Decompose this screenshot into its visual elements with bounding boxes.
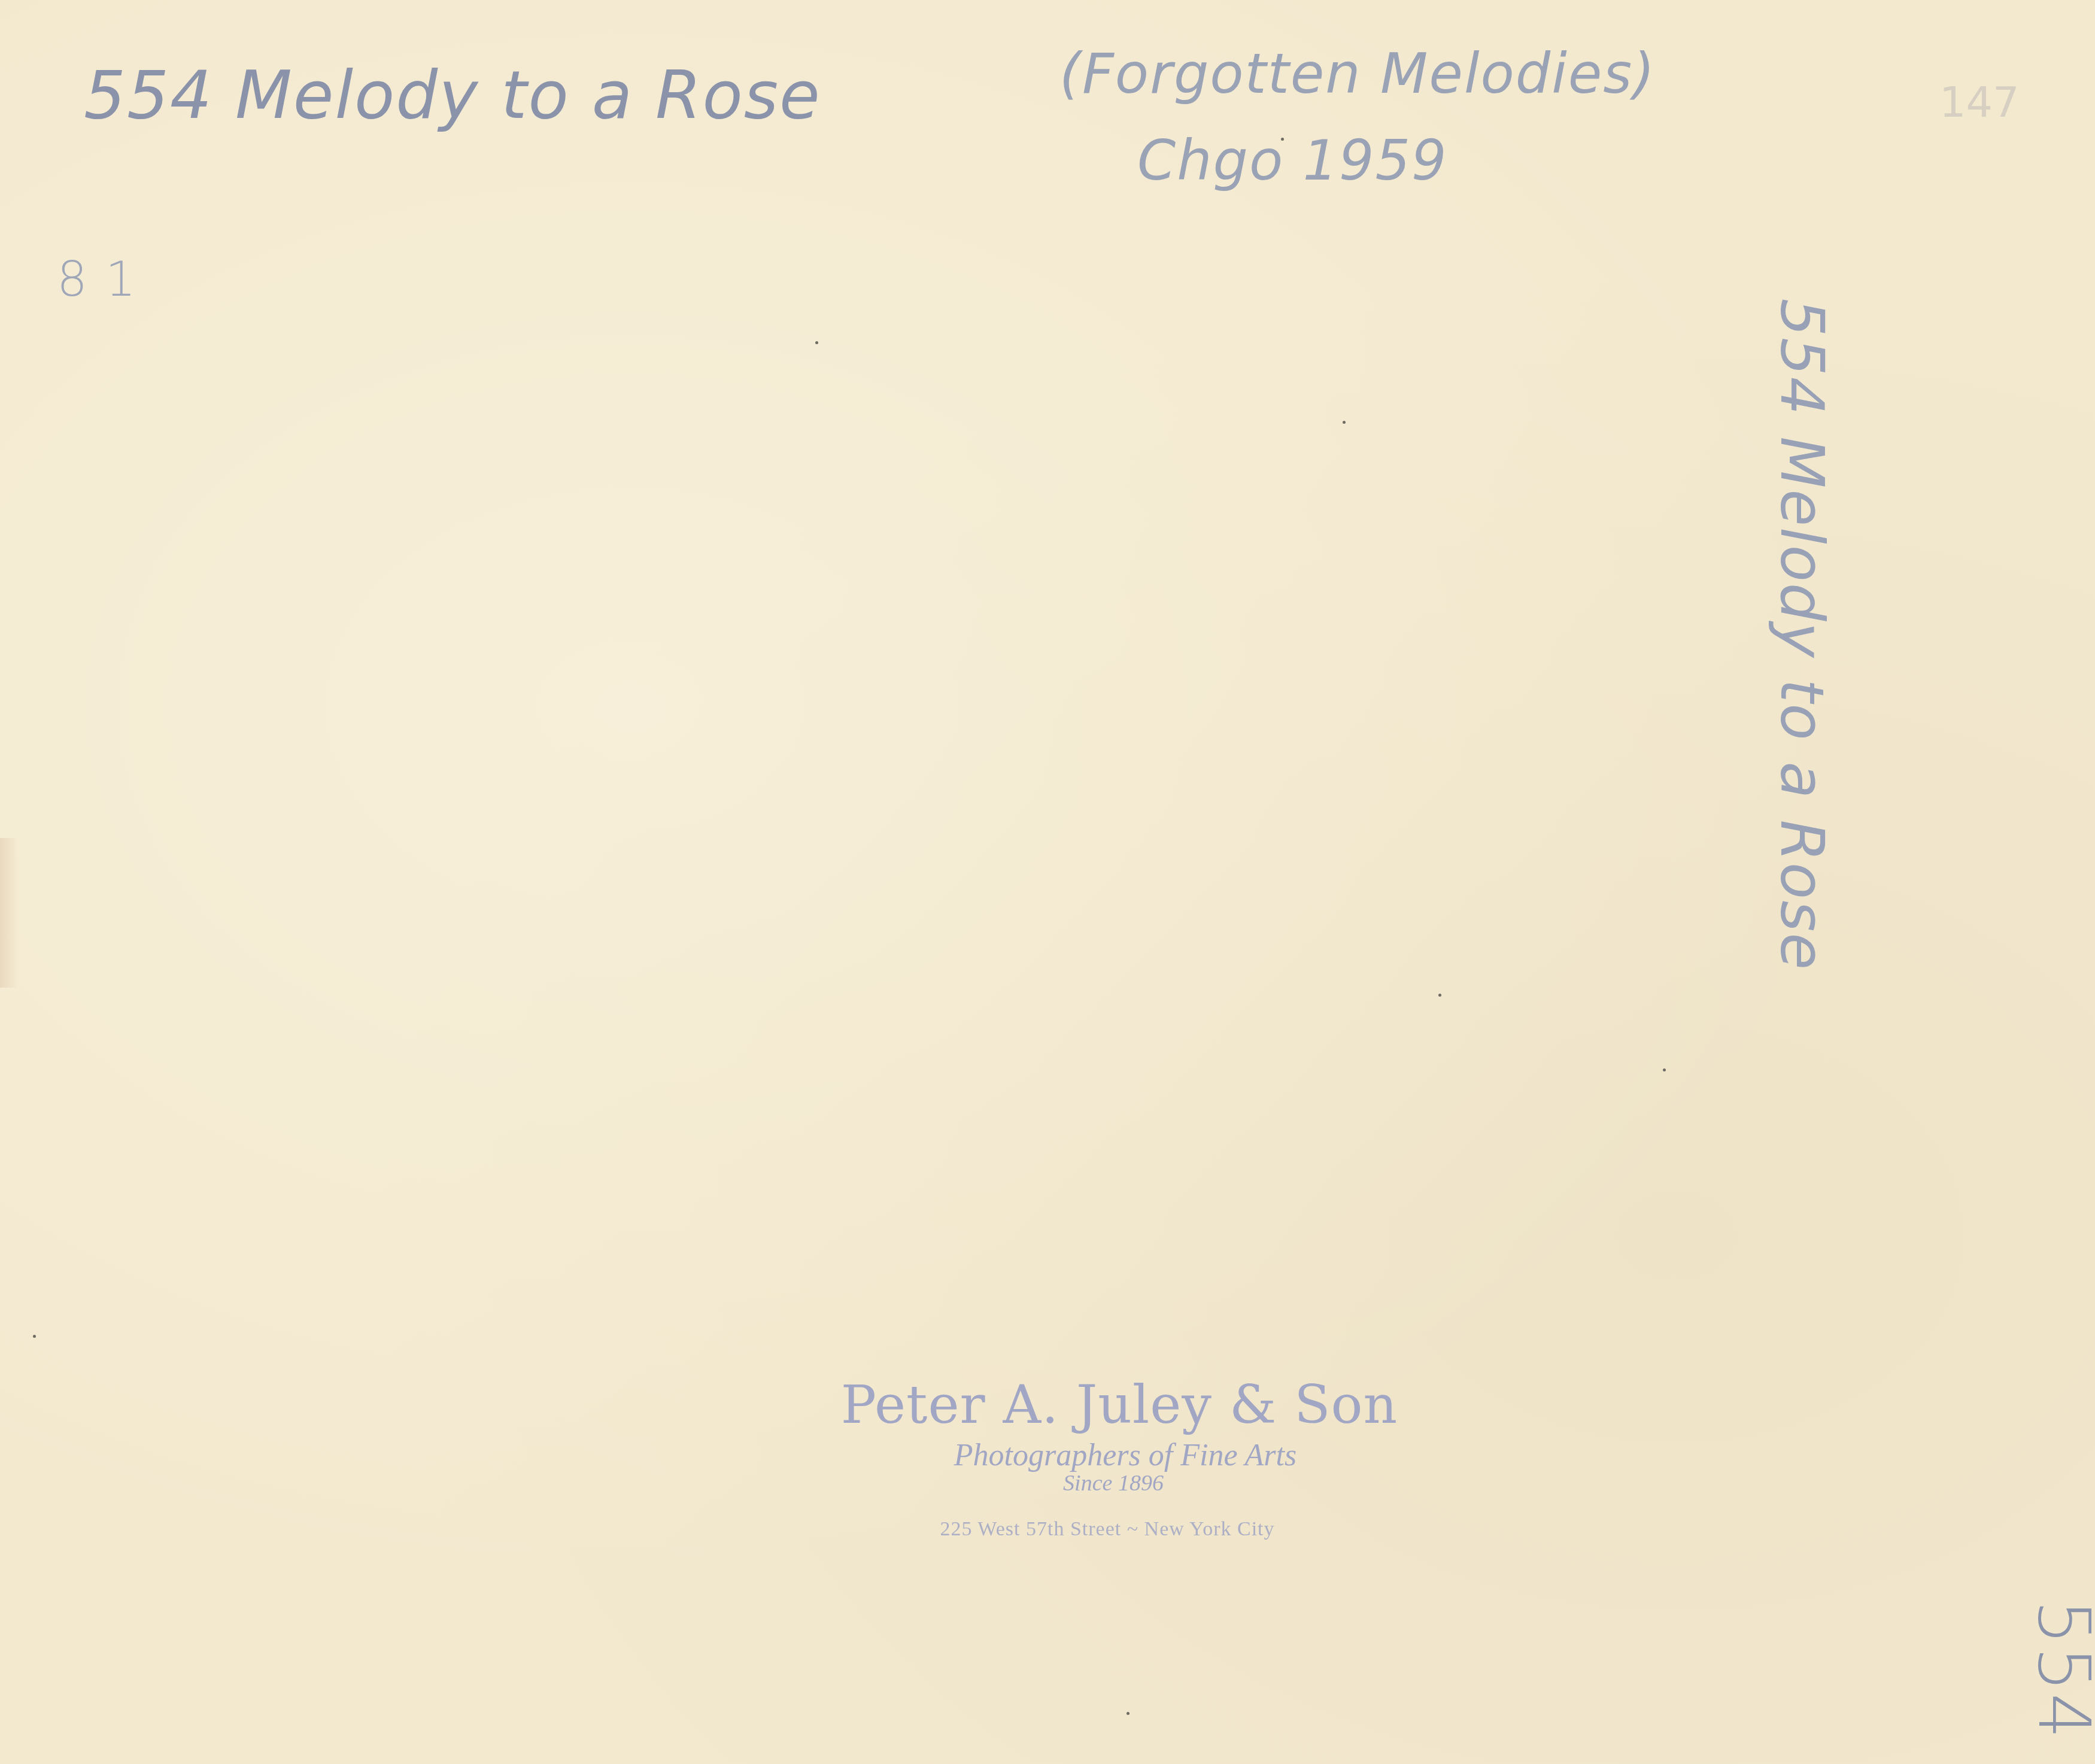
series-annotation: (Forgotten Melodies) bbox=[1059, 42, 1656, 106]
studio-name: Peter A. Juley & Son bbox=[814, 1374, 1425, 1435]
paper-speck bbox=[1438, 994, 1441, 997]
title-annotation: 554 Melody to a Rose bbox=[84, 57, 821, 133]
studio-address: 225 West 57th Street ~ New York City bbox=[790, 1518, 1425, 1541]
studio-stamp: Peter A. Juley & Son Photographers of Fi… bbox=[826, 1374, 1425, 1541]
studio-since: Since 1896 bbox=[802, 1471, 1425, 1495]
paper-speck bbox=[33, 1335, 36, 1338]
place-date-annotation: Chgo 1959 bbox=[1137, 129, 1448, 193]
catalog-number: 81 bbox=[57, 251, 154, 307]
vertical-margin-annotation: 554 Melody to a Rose bbox=[1767, 299, 1837, 1137]
paper-speck bbox=[1127, 1712, 1130, 1715]
paper-speck bbox=[1343, 421, 1346, 424]
corner-number: 554 bbox=[2022, 1599, 2095, 1740]
paper-speck bbox=[815, 341, 818, 344]
paper-speck bbox=[1663, 1068, 1666, 1071]
edge-stain bbox=[0, 838, 18, 988]
studio-tagline: Photographers of Fine Arts bbox=[826, 1440, 1425, 1471]
paper-speck bbox=[1281, 138, 1284, 141]
faint-corner-mark: 147 bbox=[1939, 78, 2020, 127]
